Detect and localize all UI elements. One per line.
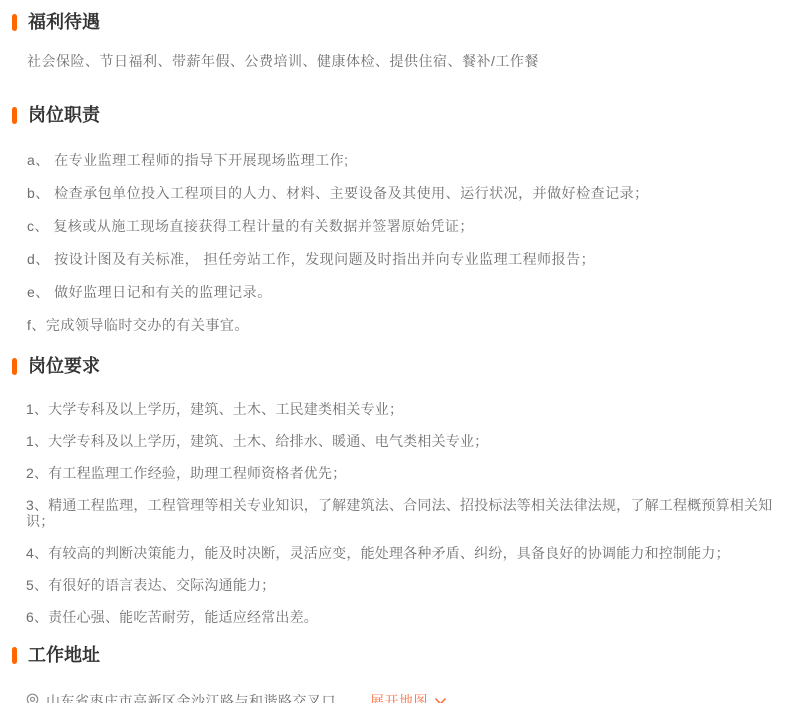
- requirement-item: 3、精通工程监理，工程管理等相关专业知识，了解建筑法、合同法、招投标法等相关法律…: [26, 497, 786, 529]
- section-accent-bar: [12, 14, 17, 31]
- section-accent-bar: [12, 107, 17, 124]
- responsibility-item: e、 做好监理日记和有关的监理记录。: [27, 284, 786, 300]
- expand-map-link[interactable]: 展开地图: [370, 691, 447, 703]
- location-pin-icon: [25, 693, 40, 703]
- chevron-down-icon: [434, 697, 447, 703]
- section-header-responsibilities: 岗位职责: [12, 106, 786, 125]
- work-address-text: 山东省枣庄市高新区金沙江路与和谐路交叉口: [46, 691, 336, 703]
- responsibility-item: c、 复核或从施工现场直接获得工程计量的有关数据并签署原始凭证；: [27, 218, 786, 234]
- requirement-item: 2、有工程监理工作经验，助理工程师资格者优先；: [26, 465, 786, 481]
- responsibility-item: d、 按设计图及有关标准， 担任旁站工作，发现问题及时指出并向专业监理工程师报告…: [27, 251, 786, 267]
- section-header-benefits: 福利待遇: [12, 13, 786, 32]
- responsibility-list: a、 在专业监理工程师的指导下开展现场监理工作; b、 检查承包单位投入工程项目…: [27, 152, 786, 333]
- benefits-text: 社会保险、节日福利、带薪年假、公费培训、健康体检、提供住宿、餐补/工作餐: [27, 53, 786, 69]
- requirement-list: 1、大学专科及以上学历，建筑、土木、工民建类相关专业； 1、大学专科及以上学历，…: [26, 401, 786, 625]
- address-row: 山东省枣庄市高新区金沙江路与和谐路交叉口 展开地图: [25, 691, 786, 703]
- requirement-item: 6、责任心强、能吃苦耐劳，能适应经常出差。: [26, 609, 786, 625]
- section-title-address: 工作地址: [28, 646, 100, 665]
- responsibility-item: b、 检查承包单位投入工程项目的人力、材料、主要设备及其使用、运行状况，并做好检…: [27, 185, 786, 201]
- responsibility-item: f、完成领导临时交办的有关事宜。: [27, 317, 786, 333]
- section-accent-bar: [12, 358, 17, 375]
- section-header-address: 工作地址: [12, 646, 786, 665]
- requirement-item: 1、大学专科及以上学历，建筑、土木、给排水、暖通、电气类相关专业；: [26, 433, 786, 449]
- responsibility-item: a、 在专业监理工程师的指导下开展现场监理工作;: [27, 152, 786, 168]
- section-accent-bar: [12, 647, 17, 664]
- expand-map-label: 展开地图: [370, 691, 428, 703]
- section-header-requirements: 岗位要求: [12, 357, 786, 376]
- requirement-item: 5、有很好的语言表达、交际沟通能力；: [26, 577, 786, 593]
- section-title-benefits: 福利待遇: [28, 13, 100, 32]
- job-detail-page: 福利待遇 社会保险、节日福利、带薪年假、公费培训、健康体检、提供住宿、餐补/工作…: [0, 0, 798, 703]
- section-title-responsibilities: 岗位职责: [28, 106, 100, 125]
- section-title-requirements: 岗位要求: [28, 357, 100, 376]
- requirement-item: 1、大学专科及以上学历，建筑、土木、工民建类相关专业；: [26, 401, 786, 417]
- requirement-item: 4、有较高的判断决策能力，能及时决断，灵活应变，能处理各种矛盾、纠纷，具备良好的…: [26, 545, 786, 561]
